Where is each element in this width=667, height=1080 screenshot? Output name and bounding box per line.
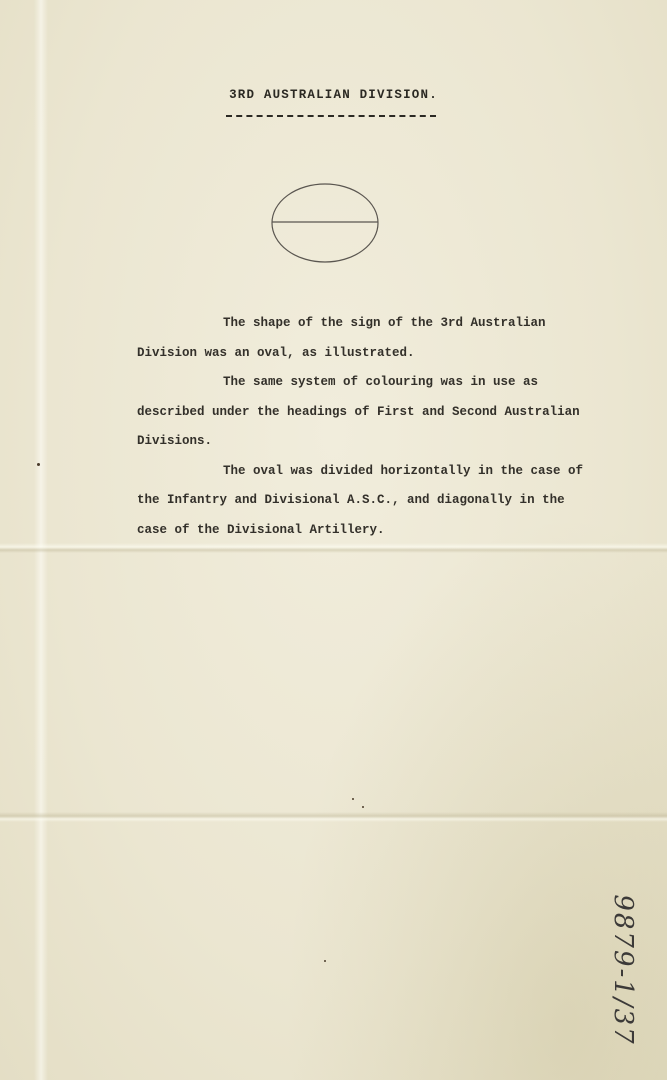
text-line: The same system of colouring was in use … [137, 368, 647, 398]
text-line: described under the headings of First an… [137, 398, 647, 428]
light-streak [34, 0, 48, 1080]
paragraph-division: The oval was divided horizontally in the… [137, 457, 647, 546]
ink-speck [362, 806, 364, 808]
title-underline [226, 115, 436, 117]
text-line: case of the Divisional Artillery. [137, 516, 647, 546]
ink-speck [37, 463, 40, 466]
text-line: The oval was divided horizontally in the… [137, 457, 647, 487]
document-body: The shape of the sign of the 3rd Austral… [137, 309, 647, 545]
paragraph-sign-shape: The shape of the sign of the 3rd Austral… [137, 309, 647, 368]
oval-division-sign-icon [270, 182, 380, 264]
document-page: 3RD AUSTRALIAN DIVISION. The shape of th… [0, 0, 667, 1080]
text-line: the Infantry and Divisional A.S.C., and … [137, 486, 647, 516]
paragraph-colouring: The same system of colouring was in use … [137, 368, 647, 457]
ink-speck [352, 798, 354, 800]
text-line: Division was an oval, as illustrated. [137, 339, 647, 369]
handwritten-text: 9879-1/37 [608, 885, 638, 1055]
text-line: The shape of the sign of the 3rd Austral… [137, 309, 647, 339]
text-line: Divisions. [137, 427, 647, 457]
fold-crease-lower [0, 812, 667, 822]
document-title: 3RD AUSTRALIAN DIVISION. [0, 88, 667, 102]
ink-speck [324, 960, 326, 962]
handwritten-reference-number: 9879-1/37 [598, 885, 638, 1055]
